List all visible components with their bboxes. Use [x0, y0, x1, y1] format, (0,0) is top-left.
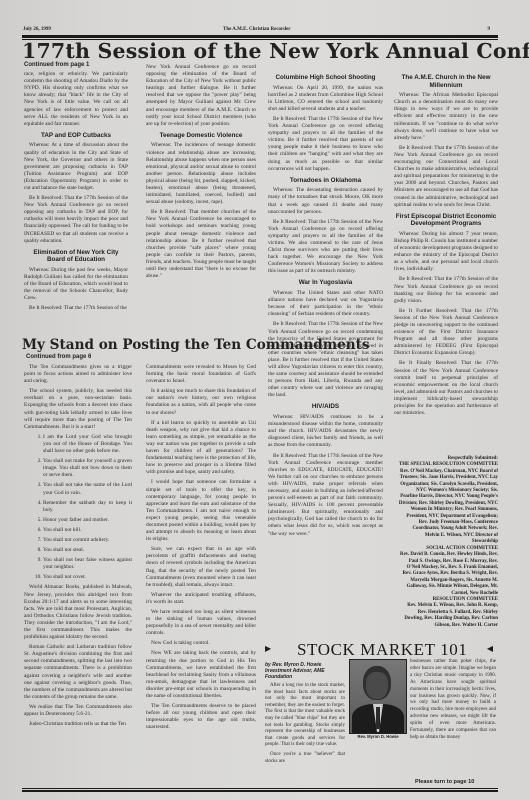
stock-market-title-bar: ▶ STOCK MARKET 101 ◀: [265, 640, 497, 660]
paragraph: Be It Resolved: That the 177th Session o…: [268, 453, 383, 538]
list-item: You shall not take the name of the Lord …: [43, 482, 132, 496]
section-heading: Elimination of New York City Board of Ed…: [24, 249, 128, 264]
masthead-rule: [22, 35, 498, 38]
section-heading: Teenage Domestic Violence: [146, 132, 256, 140]
list-item: I am the Lord your God who brought you o…: [43, 434, 132, 455]
committee-members: Rev. David B. Cousin, Rev. Hewley Hinds,…: [398, 552, 498, 597]
paragraph: Be It Resolved: That the 177th Session o…: [268, 116, 383, 173]
paragraph: New York Annual Conference go on record …: [146, 64, 256, 128]
triangle-right-icon: ▶: [265, 644, 271, 653]
paragraph: Is it asking too much to share this foun…: [146, 388, 256, 416]
paragraph: The Ten Commandments gives us a trigger …: [24, 364, 132, 385]
list-item: You shall not make for yourself a graven…: [43, 458, 132, 479]
paragraph: I would hope that someone can formulate …: [146, 479, 256, 543]
paragraph: World Almanac Books, published in Mahwah…: [24, 584, 132, 641]
paragraph: Whereas: The United States and other NAT…: [268, 290, 383, 318]
main-headline: 177th Session of the New York Annual Con…: [22, 40, 502, 62]
continued-from-label: Continued from page 6: [26, 354, 91, 360]
main-story-column-4: The A.M.E. Church in the New Millennium …: [394, 74, 498, 420]
section-heading: First Episcopal District Economic Develo…: [394, 213, 498, 228]
turn-to-page-link[interactable]: Please turn to page 10: [415, 779, 474, 785]
paragraph: Be It Finally Resolved: That the 177th S…: [394, 360, 498, 417]
author-photo: [349, 659, 407, 734]
paragraph: Whereas: The devastating destruction cau…: [268, 187, 383, 215]
section-heading: HIV/AIDS: [268, 403, 383, 411]
paragraph: We have remained too long as silent witn…: [146, 609, 256, 637]
paragraph: The Ten Commandments deserve to be place…: [146, 703, 256, 731]
paragraph: Now God is taking control.: [146, 640, 256, 647]
committee-members: Rev. Melvin E. Wilson, Rev. John R. Kemp…: [398, 603, 498, 629]
paragraph: We realize that The Ten Commandments als…: [24, 704, 132, 718]
paragraph: Whereas: On April 20, 1999, the nation w…: [268, 85, 383, 113]
paragraph: Now WE are taking back the controls, and…: [146, 650, 256, 700]
main-story-column-2: New York Annual Conference go on record …: [146, 64, 256, 283]
committee-members: Rev. O'Neil Mackey, Chairman, NYC Board …: [398, 469, 498, 546]
photo-caption: Rev. Myron D. Howie: [353, 734, 403, 739]
publication-name: The A.M.E. Christian Recorder: [223, 27, 291, 32]
paragraph: Sure, we can expect that in an age with …: [146, 546, 256, 589]
list-item: You shall not commit adultery.: [43, 537, 132, 544]
paragraph: Whatever the anticipated troubling offsh…: [146, 592, 256, 606]
bottom-rule: [22, 788, 498, 789]
paragraph: Be It Resolved: That the 177th Session o…: [394, 276, 498, 304]
list-item: You shall not bear false witness against…: [43, 557, 132, 571]
page-number: 9: [488, 27, 491, 32]
signature-block: Respectfully Submitted: THE SPECIAL RESO…: [398, 456, 498, 629]
newspaper-page: July 26, 1999 The A.M.E. Christian Recor…: [0, 0, 529, 800]
list-item: You shall not kill.: [43, 527, 132, 534]
continued-from-label: Continued from page 1: [24, 62, 128, 69]
main-story-column-1: Continued from page 1 race, religion or …: [24, 62, 128, 316]
section-heading: Tornadoes in Oklahoma: [268, 177, 383, 185]
stock-market-headline: STOCK MARKET 101: [297, 640, 468, 660]
stock-column-1: After a long rise in the stock market, t…: [265, 683, 345, 768]
paragraph: Commandments were revealed to Moses by G…: [146, 364, 256, 385]
paragraph: Be It Resolved: That the 177th Session o…: [394, 145, 498, 209]
paragraph: The school system, publicly, has needed …: [24, 388, 132, 431]
paragraph: Be It Resolved: That member churches of …: [146, 209, 256, 280]
paragraph: businesses rather than poker chips, the …: [410, 659, 496, 742]
paragraph: Whereas: The incidences of teenage domes…: [146, 142, 256, 206]
list-item: Honor your father and mother.: [43, 517, 132, 524]
paragraph: After a long rise in the stock market, t…: [265, 683, 345, 749]
byline: by Rev. Myron D. Howie Investment Adviso…: [265, 662, 345, 681]
section-heading: Columbine High School Shooting: [268, 74, 383, 82]
paragraph: Be It Resolved: That the 177th Session o…: [268, 321, 383, 399]
ten-commandments-column-2: Commandments were revealed to Moses by G…: [146, 364, 256, 735]
stock-column-2: businesses rather than poker chips, the …: [410, 659, 496, 745]
section-heading: War In Yugoslavia: [268, 279, 383, 287]
paragraph: If a kid learns so quickly to assemble a…: [146, 420, 256, 477]
committee-name: THE SPECIAL RESOLUTION COMMITTEE: [398, 462, 498, 468]
paragraph: Whereas: During his almost 7 year tenure…: [394, 231, 498, 274]
list-item: You shall not steal.: [43, 547, 132, 554]
ten-commandments-column-1: The Ten Commandments gives us a trigger …: [24, 364, 132, 731]
paragraph: Whereas: HIV/AIDS continues to be a misu…: [268, 414, 383, 449]
paragraph: race, religion or ethnicity. We particul…: [24, 71, 128, 128]
commandments-list: I am the Lord your God who brought you o…: [24, 434, 132, 582]
main-story-column-3: Columbine High School Shooting Whereas: …: [268, 74, 383, 541]
paragraph: Whereas: The African Methodist Episcopal…: [394, 92, 498, 142]
paragraph: Roman Catholic and Lutheran tradition fo…: [24, 644, 132, 701]
list-item: You shall not covet.: [43, 574, 132, 581]
paragraph: Be It Resolved: That the 177th Session o…: [268, 219, 383, 276]
paragraph: Whereas: At a time of discussion about t…: [24, 142, 128, 192]
paragraph: Be It Further Resolved: That the 177th S…: [394, 308, 498, 358]
paragraph: Be It Resolved: That the 177th Session o…: [24, 195, 128, 245]
section-heading: The A.M.E. Church in the New Millennium: [394, 74, 498, 89]
ten-commandments-headline: My Stand on Posting the Ten Commandments: [22, 337, 272, 353]
paragraph: Once you're a true "believer" that stock…: [265, 752, 345, 765]
list-item: Remember the sabbath day to keep it holy…: [43, 500, 132, 514]
section-heading: TAP and EOP Cutbacks: [24, 132, 128, 140]
bottom-rule-thick: [22, 790, 498, 792]
paragraph: Be It Resolved: That the 177th Session o…: [24, 305, 128, 312]
paragraph: Judeo-Christian tradition tells us that …: [24, 721, 132, 728]
paragraph: Whereas: During the past few weeks, Mayo…: [24, 267, 128, 302]
issue-date: July 26, 1999: [23, 27, 51, 32]
triangle-left-icon: ◀: [487, 644, 493, 653]
